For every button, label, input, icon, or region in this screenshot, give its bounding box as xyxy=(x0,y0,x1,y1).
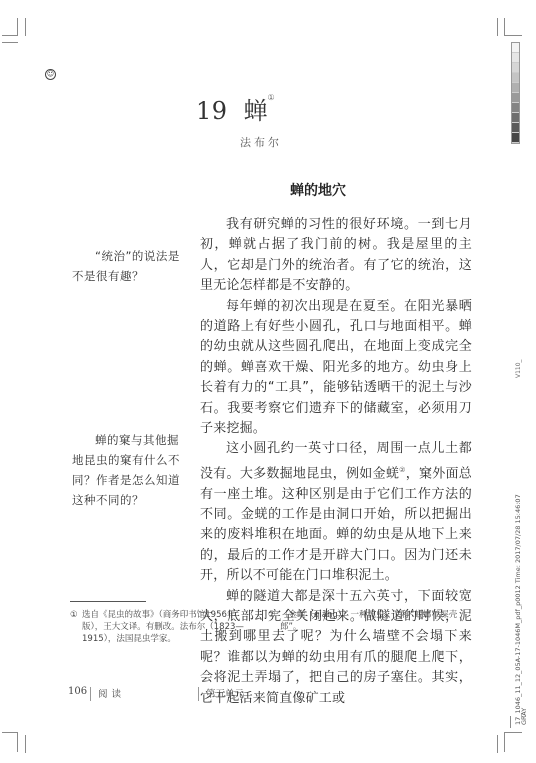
crop-mark-bottom-right-v xyxy=(497,735,498,753)
lesson-title-text: 蝉 xyxy=(244,97,268,125)
paragraph-2: 每年蝉的初次出现是在夏至。在阳光暴晒的道路上有好些小圆孔，孔口与地面相平。蝉的幼… xyxy=(200,297,472,440)
crop-mark-top-left-h2 xyxy=(2,42,18,43)
footnote-divider xyxy=(70,601,146,602)
author: 法布尔 xyxy=(240,134,282,150)
paragraph-1: 我有研究蝉的习性的很好环境。一到七月初，蝉就占据了我门前的树。我是屋里的主人，它… xyxy=(200,215,472,297)
registration-mark-icon: ☺ xyxy=(45,69,56,80)
crop-mark-right-tick xyxy=(510,716,511,728)
print-slug-code: V110_ xyxy=(515,359,522,378)
print-slug-file: 17_1046_11_12_05A-17-1046M_pdf_p0012 Tim… xyxy=(515,494,521,725)
footnote-1-marker: ① xyxy=(70,609,78,621)
crop-mark-top-left-v xyxy=(17,18,18,36)
footer-section: 阅读 xyxy=(98,686,125,700)
textbook-page: ☺ 19蝉① 法布尔 蝉的地穴 我有研究蝉的习性的很好环境。一到七月初，蝉就占据… xyxy=(0,0,536,763)
crop-mark-bottom-left-v2 xyxy=(25,735,26,753)
gray-scale-bar xyxy=(511,42,520,144)
crop-mark-bottom-right-h xyxy=(504,732,522,733)
footer-unit: 第五单元 xyxy=(206,686,244,700)
side-note-1: “统治”的说法是不是很有趣？ xyxy=(72,246,190,286)
lesson-number: 19 xyxy=(196,97,228,125)
crop-mark-bottom-left-h xyxy=(2,732,18,733)
page-footer: 106 阅读 第五单元 xyxy=(0,686,536,702)
section-title: 蝉的地穴 xyxy=(290,180,346,200)
footnote-2-text: 〔金蜣（qiāng）〕一种昆虫，又称“蜣螂”“屎壳郎”。 xyxy=(268,609,468,633)
footnote-2: ② 〔金蜣（qiāng）〕一种昆虫，又称“蜣螂”“屎壳郎”。 xyxy=(268,609,468,633)
print-slug: 17_1046_11_12_05A-17-1046M_pdf_p0012 Tim… xyxy=(515,494,527,725)
crop-mark-top-left-v2 xyxy=(25,18,26,36)
lesson-title: 19蝉① xyxy=(196,91,275,126)
crop-mark-bottom-left-v xyxy=(17,732,18,752)
crop-mark-top-right-h xyxy=(504,35,522,36)
crop-mark-top-right-v2 xyxy=(504,18,505,36)
side-note-2: 蝉的窠与其他掘地昆虫的窠有什么不同？作者是怎么知道这种不同的？ xyxy=(72,430,190,510)
page-number: 106 xyxy=(68,686,87,697)
footnote-1-text: 选自《昆虫的故事》（商务印书馆1956年版），王大文译。有删改。法布尔（1823… xyxy=(70,609,255,645)
footer-separator-2 xyxy=(198,687,199,701)
paragraph-3: 这小圆孔约一英寸口径，周围一点儿土都没有。大多数掘地昆虫，例如金蜣②，窠外面总有… xyxy=(200,439,472,586)
crop-mark-top-right-v xyxy=(497,18,498,36)
footnote-2-marker: ② xyxy=(268,609,276,621)
title-footnote-marker[interactable]: ① xyxy=(268,93,275,102)
footnote-1: ① 选自《昆虫的故事》（商务印书馆1956年版），王大文译。有删改。法布尔（18… xyxy=(70,609,255,645)
crop-mark-bottom-right-v2 xyxy=(504,732,505,752)
paragraph-3-after: ，窠外面总有一座土堆。这种区别是由于它们工作方法的不同。金蜣的工作是由洞口开始，… xyxy=(200,466,472,583)
crop-mark-top-left-h xyxy=(2,35,18,36)
footer-separator-1 xyxy=(90,687,91,701)
